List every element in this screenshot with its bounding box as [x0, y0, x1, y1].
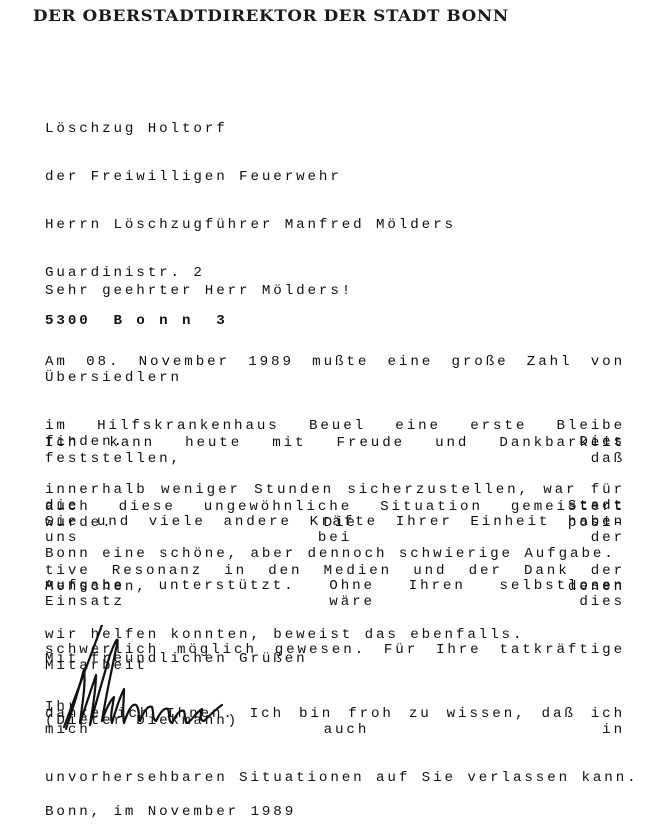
place-and-date: Bonn, im November 1989 — [45, 804, 296, 820]
body-line: Aufgabe unterstützt. Ohne Ihren selbstlo… — [45, 578, 625, 610]
salutation: Sehr geehrter Herr Mölders! — [45, 283, 353, 299]
body-line: Ich kann heute mit Freude und Dankbarkei… — [45, 435, 625, 467]
body-line: Sie und viele andere Kräfte Ihrer Einhei… — [45, 514, 625, 546]
recipient-address: Löschzug Holtorf der Freiwilligen Feuerw… — [45, 89, 456, 345]
body-line: unvorhersehbaren Situationen auf Sie ver… — [45, 770, 625, 786]
address-line: Guardinistr. 2 — [45, 265, 456, 281]
letterhead: DER OBERSTADTDIREKTOR DER STADT BONN — [33, 6, 509, 25]
body-line: Am 08. November 1989 mußte eine große Za… — [45, 354, 625, 386]
address-line: Löschzug Holtorf — [45, 121, 456, 137]
address-line: Herrn Löschzugführer Manfred Mölders — [45, 217, 456, 233]
address-line: der Freiwilligen Feuerwehr — [45, 169, 456, 185]
handwritten-signature — [40, 625, 250, 735]
